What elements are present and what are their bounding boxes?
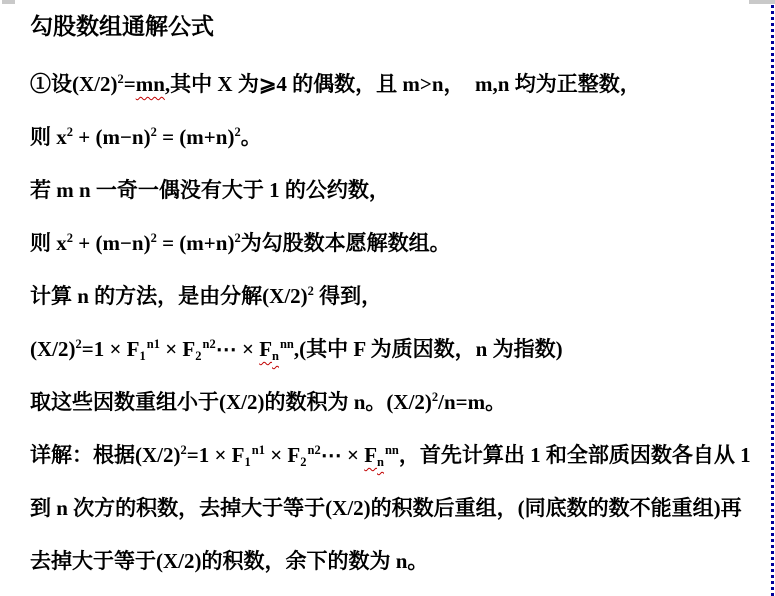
superscript-text: nn bbox=[280, 337, 294, 351]
text-segment: /n=m。 bbox=[438, 390, 506, 414]
text-segment: 详解：根据(X/2) bbox=[30, 443, 181, 467]
document-title: 勾股数组通解公式 bbox=[30, 13, 755, 39]
text-segment: 去掉大于等于(X/2)的积数，余下的数为 n。 bbox=[30, 549, 428, 573]
text-segment: 若 m n 一奇一偶没有大于 1 的公约数， bbox=[30, 178, 390, 202]
text-segment: ,(其中 F 为质因数，n 为指数) bbox=[294, 337, 563, 361]
text-segment: ⋯ × bbox=[216, 337, 259, 361]
misspelled-text: n bbox=[272, 349, 279, 363]
superscript-text: 2 bbox=[76, 337, 82, 351]
window-chrome-fragment-left bbox=[2, 0, 15, 4]
superscript-text: 2 bbox=[118, 72, 124, 86]
line-method-intro[interactable]: 计算 n 的方法，是由分解(X/2)2 得到， bbox=[30, 284, 755, 308]
subscript-text: 2 bbox=[300, 455, 306, 469]
line-pythagorean-formula[interactable]: 则 x2 + (m−n)2 = (m+n)2。 bbox=[30, 125, 755, 149]
text-segment: × F bbox=[265, 443, 300, 467]
superscript-text: 2 bbox=[181, 443, 187, 457]
text-segment: 则 x bbox=[30, 125, 67, 149]
superscript-text: 2 bbox=[67, 231, 73, 245]
text-segment: + (m−n) bbox=[73, 125, 151, 149]
text-segment: 为勾股数本愿解数组。 bbox=[241, 231, 451, 255]
line-coprime-condition[interactable]: 若 m n 一奇一偶没有大于 1 的公约数， bbox=[30, 178, 755, 202]
text-segment: = (m+n) bbox=[157, 125, 235, 149]
superscript-text: nn bbox=[385, 443, 399, 457]
superscript-text: 2 bbox=[151, 231, 157, 245]
subscript-text: 1 bbox=[245, 455, 251, 469]
superscript-text: n1 bbox=[147, 337, 160, 351]
text-segment: × F bbox=[160, 337, 195, 361]
superscript-text: 2 bbox=[308, 284, 314, 298]
text-segment: 。 bbox=[241, 125, 262, 149]
line-setup-definition[interactable]: ①设(X/2)2=mn,其中 X 为⩾4 的偶数，且 m>n， m,n 均为正整… bbox=[30, 72, 755, 96]
superscript-text: 2 bbox=[67, 125, 73, 139]
text-segment: 得到， bbox=[314, 284, 382, 308]
text-segment: =1 × F bbox=[82, 337, 140, 361]
text-segment: ⋯ × bbox=[321, 443, 364, 467]
text-boundary-dotted-line bbox=[771, 5, 774, 596]
superscript-text: 2 bbox=[151, 125, 157, 139]
superscript-text: n1 bbox=[252, 443, 265, 457]
superscript-text: n2 bbox=[203, 337, 216, 351]
text-segment: =1 × F bbox=[187, 443, 245, 467]
text-segment: ，首先计算出 1 和全部质因数各自从 1 bbox=[399, 443, 751, 467]
text-segment: = (m+n) bbox=[157, 231, 235, 255]
line-detailed-explanation[interactable]: 详解：根据(X/2)2=1 × F1n1 × F2n2⋯ × Fnnn，首先计算… bbox=[30, 443, 755, 467]
line-prime-factorization[interactable]: (X/2)2=1 × F1n1 × F2n2⋯ × Fnnn,(其中 F 为质因… bbox=[30, 337, 755, 361]
superscript-text: 2 bbox=[234, 125, 240, 139]
text-segment: = bbox=[124, 72, 136, 96]
line-explanation-continued[interactable]: 到 n 次方的积数，去掉大于等于(X/2)的积数后重组，(同底数的数不能重组)再 bbox=[30, 496, 755, 520]
misspelled-text: n bbox=[377, 455, 384, 469]
text-segment: ①设(X/2) bbox=[30, 72, 118, 96]
misspelled-text: F bbox=[259, 337, 272, 361]
text-segment: 计算 n 的方法，是由分解(X/2) bbox=[30, 284, 308, 308]
text-segment: 取这些因数重组小于(X/2)的数积为 n。(X/2) bbox=[30, 390, 432, 414]
superscript-text: n2 bbox=[308, 443, 321, 457]
text-segment: ,其中 X 为⩾4 的偶数，且 m>n， m,n 均为正整数， bbox=[165, 72, 641, 96]
subscript-text: 2 bbox=[195, 349, 201, 363]
superscript-text: 2 bbox=[234, 231, 240, 245]
line-recombine-rule[interactable]: 取这些因数重组小于(X/2)的数积为 n。(X/2)2/n=m。 bbox=[30, 390, 755, 414]
text-segment: + (m−n) bbox=[73, 231, 151, 255]
superscript-text: 2 bbox=[432, 390, 438, 404]
text-segment: 到 n 次方的积数，去掉大于等于(X/2)的积数后重组，(同底数的数不能重组)再 bbox=[30, 496, 742, 520]
document-page[interactable]: 勾股数组通解公式 ①设(X/2)2=mn,其中 X 为⩾4 的偶数，且 m>n，… bbox=[30, 13, 755, 573]
text-segment: 则 x bbox=[30, 231, 67, 255]
subscript-text: 1 bbox=[140, 349, 146, 363]
line-primitive-triple-conclusion[interactable]: 则 x2 + (m−n)2 = (m+n)2为勾股数本愿解数组。 bbox=[30, 231, 755, 255]
misspelled-text: F bbox=[364, 443, 377, 467]
window-chrome-fragment-right bbox=[749, 0, 775, 4]
misspelled-text: mn bbox=[136, 72, 165, 96]
line-explanation-end[interactable]: 去掉大于等于(X/2)的积数，余下的数为 n。 bbox=[30, 549, 755, 573]
text-segment: (X/2) bbox=[30, 337, 76, 361]
document-body: ①设(X/2)2=mn,其中 X 为⩾4 的偶数，且 m>n， m,n 均为正整… bbox=[30, 72, 755, 573]
document-canvas: { "page": { "background": "#ffffff", "te… bbox=[0, 0, 775, 596]
